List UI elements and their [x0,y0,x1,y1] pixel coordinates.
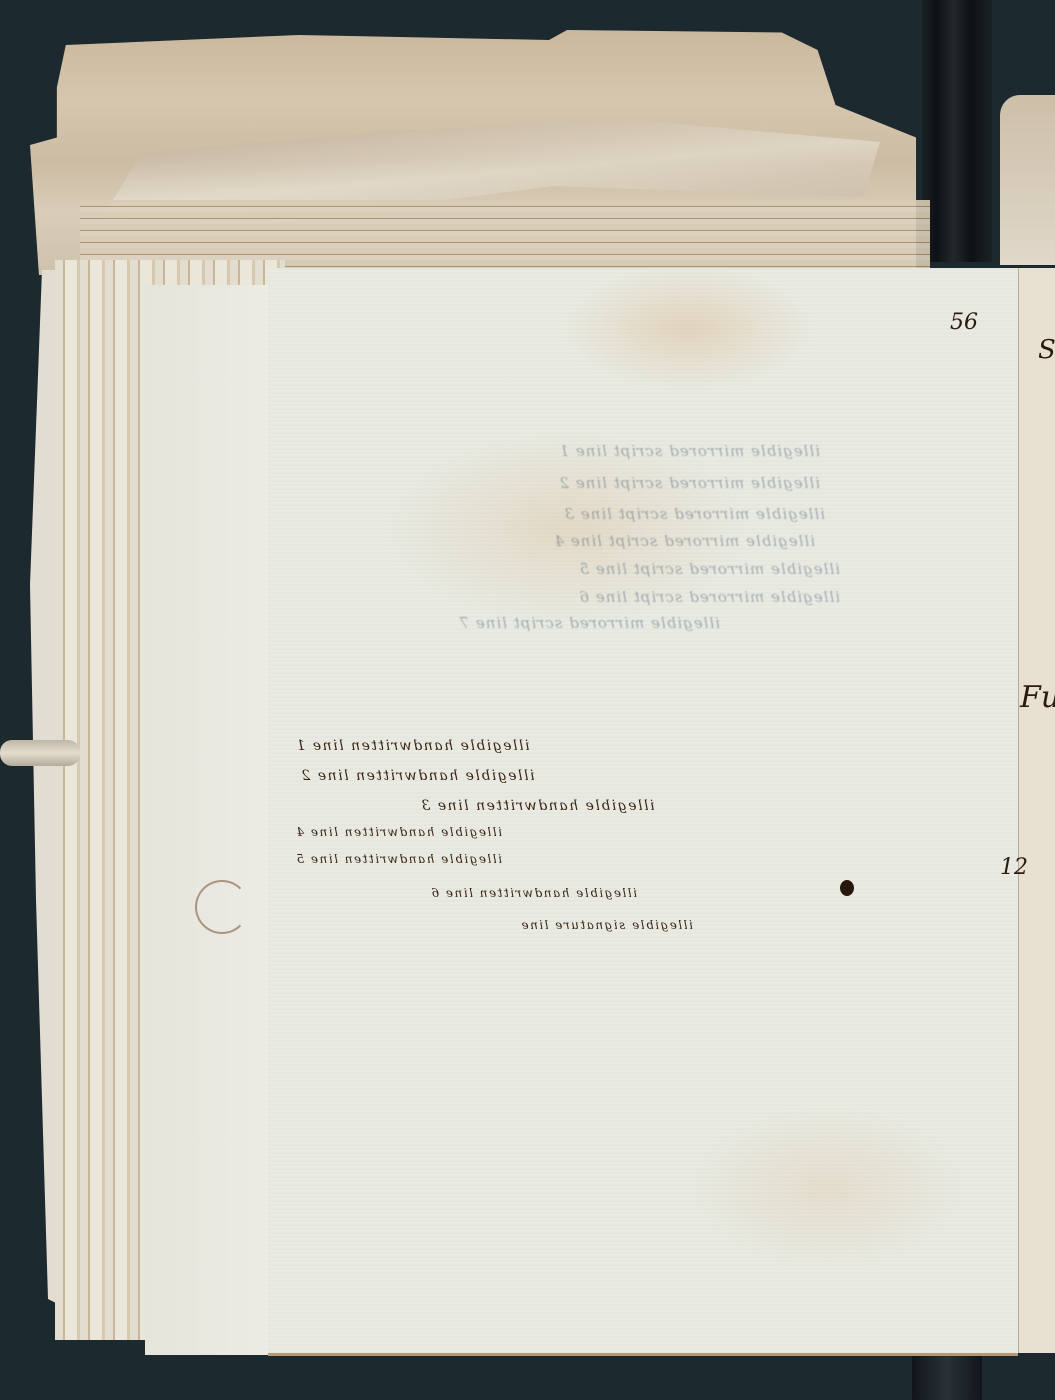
bleed-through-line: illegible mirrored script line 2 [330,474,820,492]
facing-page-edge [1018,268,1055,1353]
underlying-leaf [145,285,272,1355]
binding-strip [922,0,992,262]
adjacent-bundle [1000,95,1055,265]
bleed-through-line: illegible mirrored script line 1 [330,442,820,460]
bleed-through-line: illegible mirrored script line 7 [420,614,720,632]
ink-line: illegible handwritten line 5 [295,852,502,866]
ink-line: illegible handwritten line 4 [295,825,502,839]
facing-page-word: Fuil [1020,680,1055,715]
ink-line: illegible handwritten line 2 [300,768,534,784]
ink-line: illegible handwritten line 6 [430,886,637,900]
folio-number: 56 [950,310,978,335]
bleed-through-line: illegible mirrored script line 6 [320,588,840,606]
bleed-through-line: illegible mirrored script line 4 [335,532,815,550]
margin-flourish [195,880,249,934]
binding-strip-bottom [912,1355,982,1400]
ink-line: illegible handwritten line 3 [420,798,654,814]
signature: illegible signature line [520,918,693,932]
binding-cord [0,740,80,766]
ink-blot [840,880,854,896]
ink-line: illegible handwritten line 1 [295,738,529,754]
facing-page-mark: S [1038,335,1055,365]
bleed-through-line: illegible mirrored script line 3 [325,505,825,523]
margin-number: 12 [1000,855,1028,880]
bleed-through-line: illegible mirrored script line 5 [320,560,840,578]
